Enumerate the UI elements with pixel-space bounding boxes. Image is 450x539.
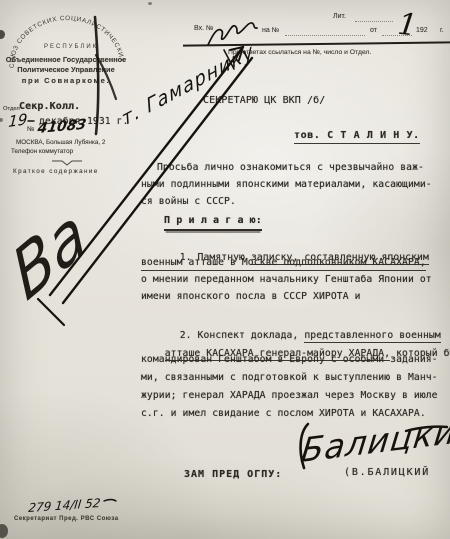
archive-note-dash [104,500,116,502]
handwritten-margin-scrawl: Ва [3,192,96,318]
handwritten-signature: Балицкий [299,409,450,470]
pencil-strike [95,17,98,134]
handwriting-layer: 1 т. Гамарнику Ва 19 41083 Балицкий 279 … [0,0,450,539]
handwritten-date-day: 19 [8,110,28,131]
handwritten-archive-note: 279 14/II 52 [28,496,101,515]
handwritten-reg-number: 41083 [35,117,87,137]
handwritten-page-number: 1 [396,7,419,44]
document-scan: СОЮЗ СОВЕТСКИХ СОЦИАЛИСТИЧЕСКИХ РЕСПУБЛИ… [0,0,450,539]
